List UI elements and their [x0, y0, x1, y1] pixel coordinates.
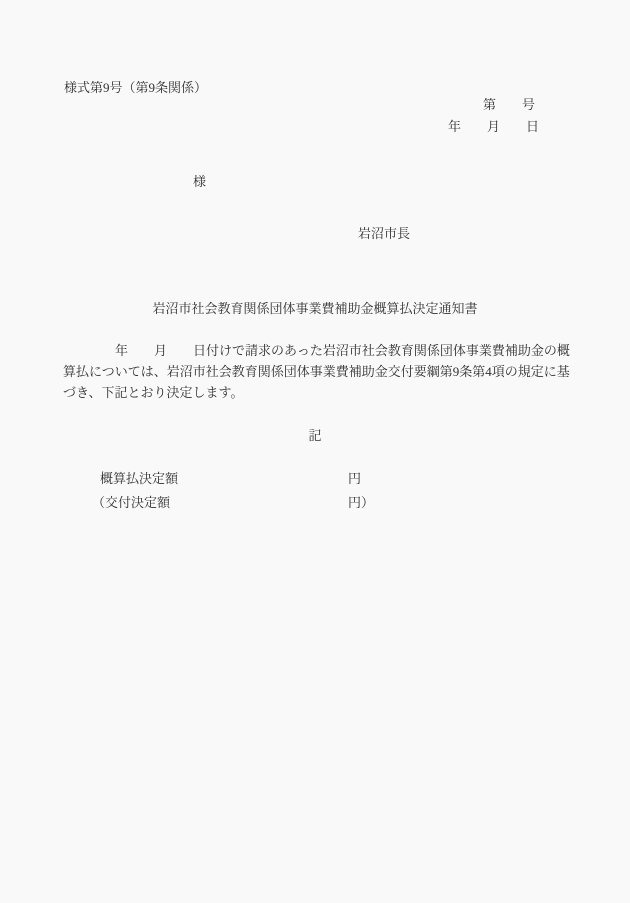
- grant-decision-amount-row: （交付決定額 円）: [0, 495, 630, 510]
- grant-decision-amount-unit: 円）: [348, 495, 374, 510]
- provisional-payment-amount-row: 概算払決定額 円: [0, 471, 630, 486]
- document-title: 岩沼市社会教育関係団体事業費補助金概算払決定通知書: [0, 301, 630, 316]
- sender-mayor-title: 岩沼市長: [358, 226, 410, 241]
- body-line-3: づき、下記とおり決定します。: [63, 382, 575, 403]
- body-line-1: 年 月 日付けで請求のあった岩沼市社会教育関係団体事業費補助金の概: [63, 340, 575, 361]
- issue-number-blank: 第 号: [483, 97, 535, 112]
- grant-decision-amount-label: （交付決定額: [92, 495, 170, 510]
- issue-date-blank: 年 月 日: [448, 119, 539, 134]
- record-marker: 記: [0, 428, 630, 443]
- provisional-payment-amount-label: 概算払決定額: [100, 471, 178, 486]
- body-line-2: 算払については、岩沼市社会教育関係団体事業費補助金交付要綱第9条第4項の規定に基: [63, 361, 575, 382]
- form-number: 様式第9号（第9条関係）: [64, 80, 207, 95]
- addressee-honorific: 様: [193, 174, 206, 189]
- body-paragraph: 年 月 日付けで請求のあった岩沼市社会教育関係団体事業費補助金の概 算払について…: [63, 340, 575, 403]
- document-page: 様式第9号（第9条関係） 第 号 年 月 日 様 岩沼市長 岩沼市社会教育関係団…: [0, 0, 630, 903]
- provisional-payment-amount-unit: 円: [348, 471, 361, 486]
